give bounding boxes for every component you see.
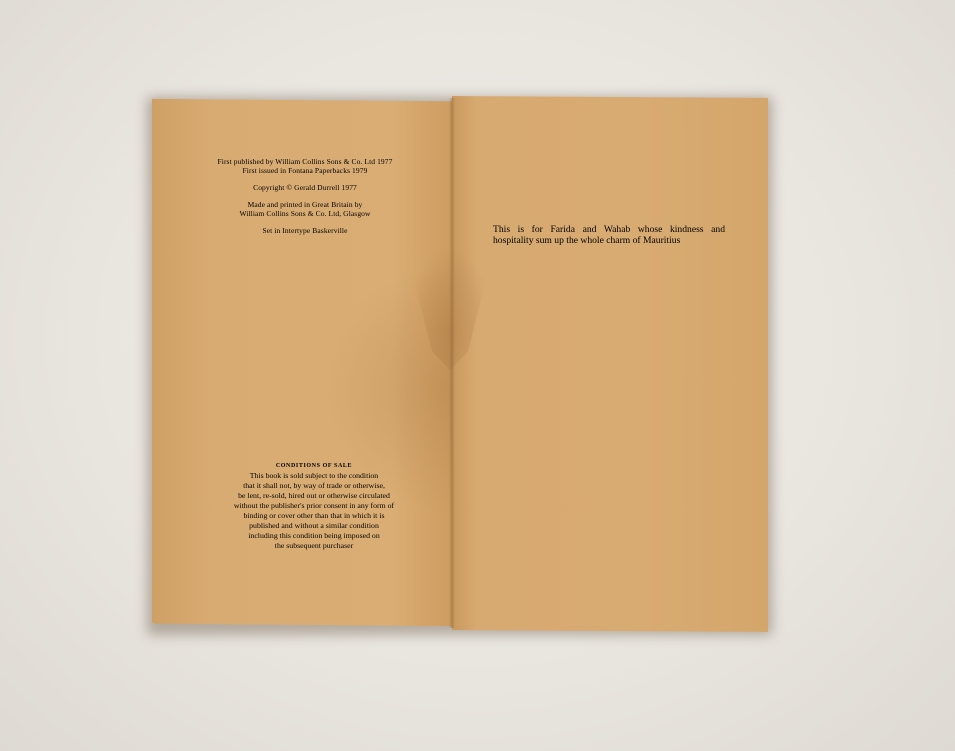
- conditions-title: CONDITIONS OF SALE: [198, 461, 430, 471]
- dedication-text: This is for Farida and Wahab whose kindn…: [493, 224, 725, 246]
- imprint-line: First issued in Fontana Paperbacks 1979: [243, 166, 368, 175]
- condition-line: the subsequent purchaser: [198, 541, 430, 551]
- condition-line: without the publisher's prior consent in…: [198, 501, 430, 511]
- condition-line: published and without a similar conditio…: [198, 521, 430, 531]
- condition-line: that it shall not, by way of trade or ot…: [198, 481, 430, 491]
- condition-line: including this condition being imposed o…: [198, 531, 430, 541]
- printer-line: William Collins Sons & Co. Ltd, Glasgow: [239, 209, 370, 218]
- copyright-line: Copyright © Gerald Durrell 1977: [253, 183, 357, 192]
- typeface-line: Set in Intertype Baskerville: [262, 226, 347, 235]
- copyright-imprint: First published by William Collins Sons …: [190, 157, 420, 243]
- conditions-of-sale: CONDITIONS OF SALE This book is sold sub…: [198, 461, 430, 551]
- right-page: [452, 96, 768, 632]
- condition-line: This book is sold subject to the conditi…: [198, 471, 430, 481]
- condition-line: binding or cover other than that in whic…: [198, 511, 430, 521]
- condition-line: be lent, re-sold, hired out or otherwise…: [198, 491, 430, 501]
- imprint-line: First published by William Collins Sons …: [218, 157, 393, 166]
- printer-line: Made and printed in Great Britain by: [248, 200, 363, 209]
